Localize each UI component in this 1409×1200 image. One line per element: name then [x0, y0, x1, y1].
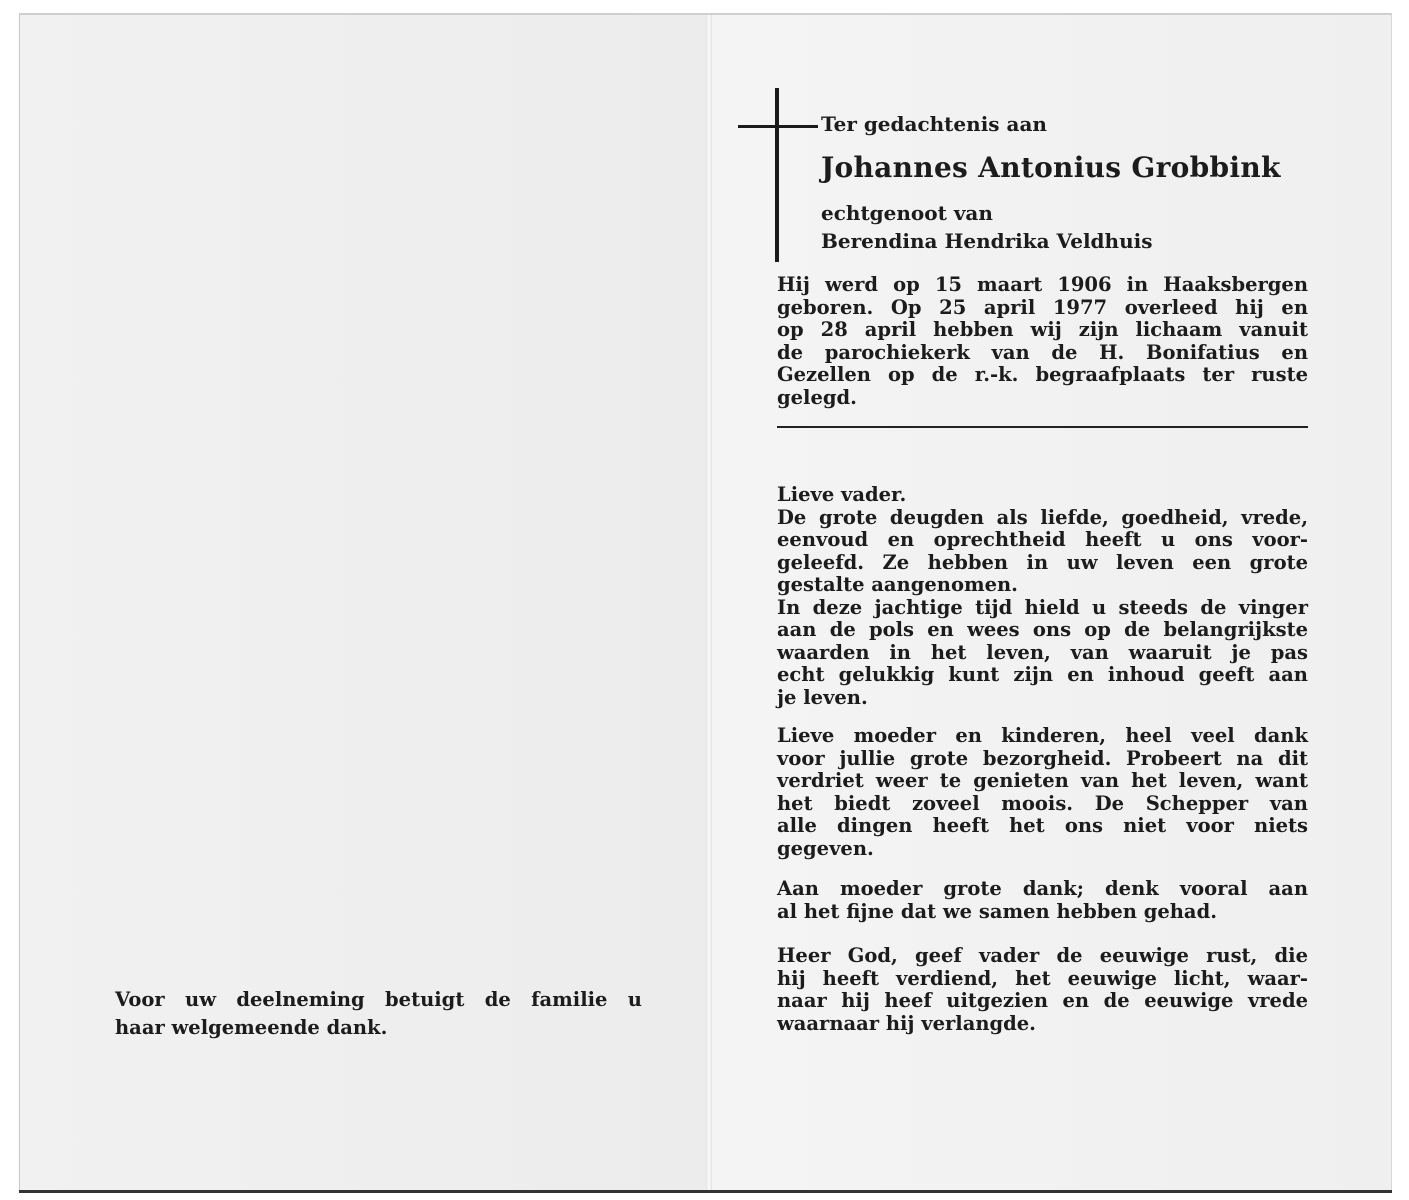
biography: Hij werd op 15 maart 1906 in Haaksbergen…	[777, 274, 1308, 409]
thanks-line: haar welgemeende dank.	[115, 1014, 642, 1042]
text-line: verdriet weer te genieten van het leven,…	[777, 770, 1308, 793]
text-line: hij heeft verdiend, het eeuwige licht, w…	[777, 968, 1308, 991]
text-line: aan de pols en wees ons op de belangrijk…	[777, 619, 1308, 642]
text-line: waarden in het leven, van waaruit je pas	[777, 642, 1308, 665]
paragraph-prayer: Heer God, geef vader de eeuwige rust, di…	[777, 945, 1308, 1035]
card-fold	[706, 15, 712, 1190]
text-line: al het fijne dat we samen hebben gehad.	[777, 901, 1308, 924]
text-line: geleefd. Ze hebben in uw leven een grote	[777, 552, 1308, 575]
text-line: je leven.	[777, 687, 1308, 710]
bio-line: de parochiekerk van de H. Bonifatius en	[777, 342, 1308, 365]
thanks-line: Voor uw deelneming betuigt de familie u	[115, 986, 642, 1014]
text-line: eenvoud en oprechtheid heeft u ons voor-	[777, 529, 1308, 552]
cross-icon	[775, 88, 779, 262]
spouse-name: Berendina Hendrika Veldhuis	[821, 229, 1152, 253]
text-line: waarnaar hij verlangde.	[777, 1013, 1308, 1036]
bio-line: op 28 april hebben wij zijn lichaam vanu…	[777, 319, 1308, 342]
paragraph-family: Lieve moeder en kinderen, heel veel dank…	[777, 725, 1308, 860]
bio-line: geboren. Op 25 april 1977 overleed hij e…	[777, 297, 1308, 320]
bio-line: gelegd.	[777, 387, 1308, 410]
text-line: echt gelukkig kunt zijn en inhoud geeft …	[777, 664, 1308, 687]
text-line: Lieve moeder en kinderen, heel veel dank	[777, 725, 1308, 748]
bio-line: Hij werd op 15 maart 1906 in Haaksbergen	[777, 274, 1308, 297]
intro-text: Ter gedachtenis aan	[821, 112, 1047, 136]
divider	[777, 426, 1308, 428]
text-line: De grote deugden als liefde, goedheid, v…	[777, 507, 1308, 530]
paragraph-father: Lieve vader. De grote deugden als liefde…	[777, 484, 1308, 709]
text-line: Heer God, geef vader de eeuwige rust, di…	[777, 945, 1308, 968]
text-line: Aan moeder grote dank; denk vooral aan	[777, 878, 1308, 901]
text-line: gegeven.	[777, 838, 1308, 861]
deceased-name: Johannes Antonius Grobbink	[821, 151, 1281, 184]
text-line: alle dingen heeft het ons niet voor niet…	[777, 815, 1308, 838]
text-line: gestalte aangenomen.	[777, 574, 1308, 597]
text-line: naar hij heef uitgezien en de eeuwige vr…	[777, 990, 1308, 1013]
text-line: voor jullie grote bezorgheid. Probeert n…	[777, 748, 1308, 771]
bio-line: Gezellen op de r.-k. begraafplaats ter r…	[777, 364, 1308, 387]
text-line: het biedt zoveel moois. De Schepper van	[777, 793, 1308, 816]
text-line: Lieve vader.	[777, 484, 1308, 507]
text-line: In deze jachtige tijd hield u steeds de …	[777, 597, 1308, 620]
family-thanks: Voor uw deelneming betuigt de familie u …	[115, 986, 642, 1042]
paragraph-mother: Aan moeder grote dank; denk vooral aan a…	[777, 878, 1308, 923]
spouse-label: echtgenoot van	[821, 201, 993, 225]
cross-icon-arm	[738, 125, 818, 128]
